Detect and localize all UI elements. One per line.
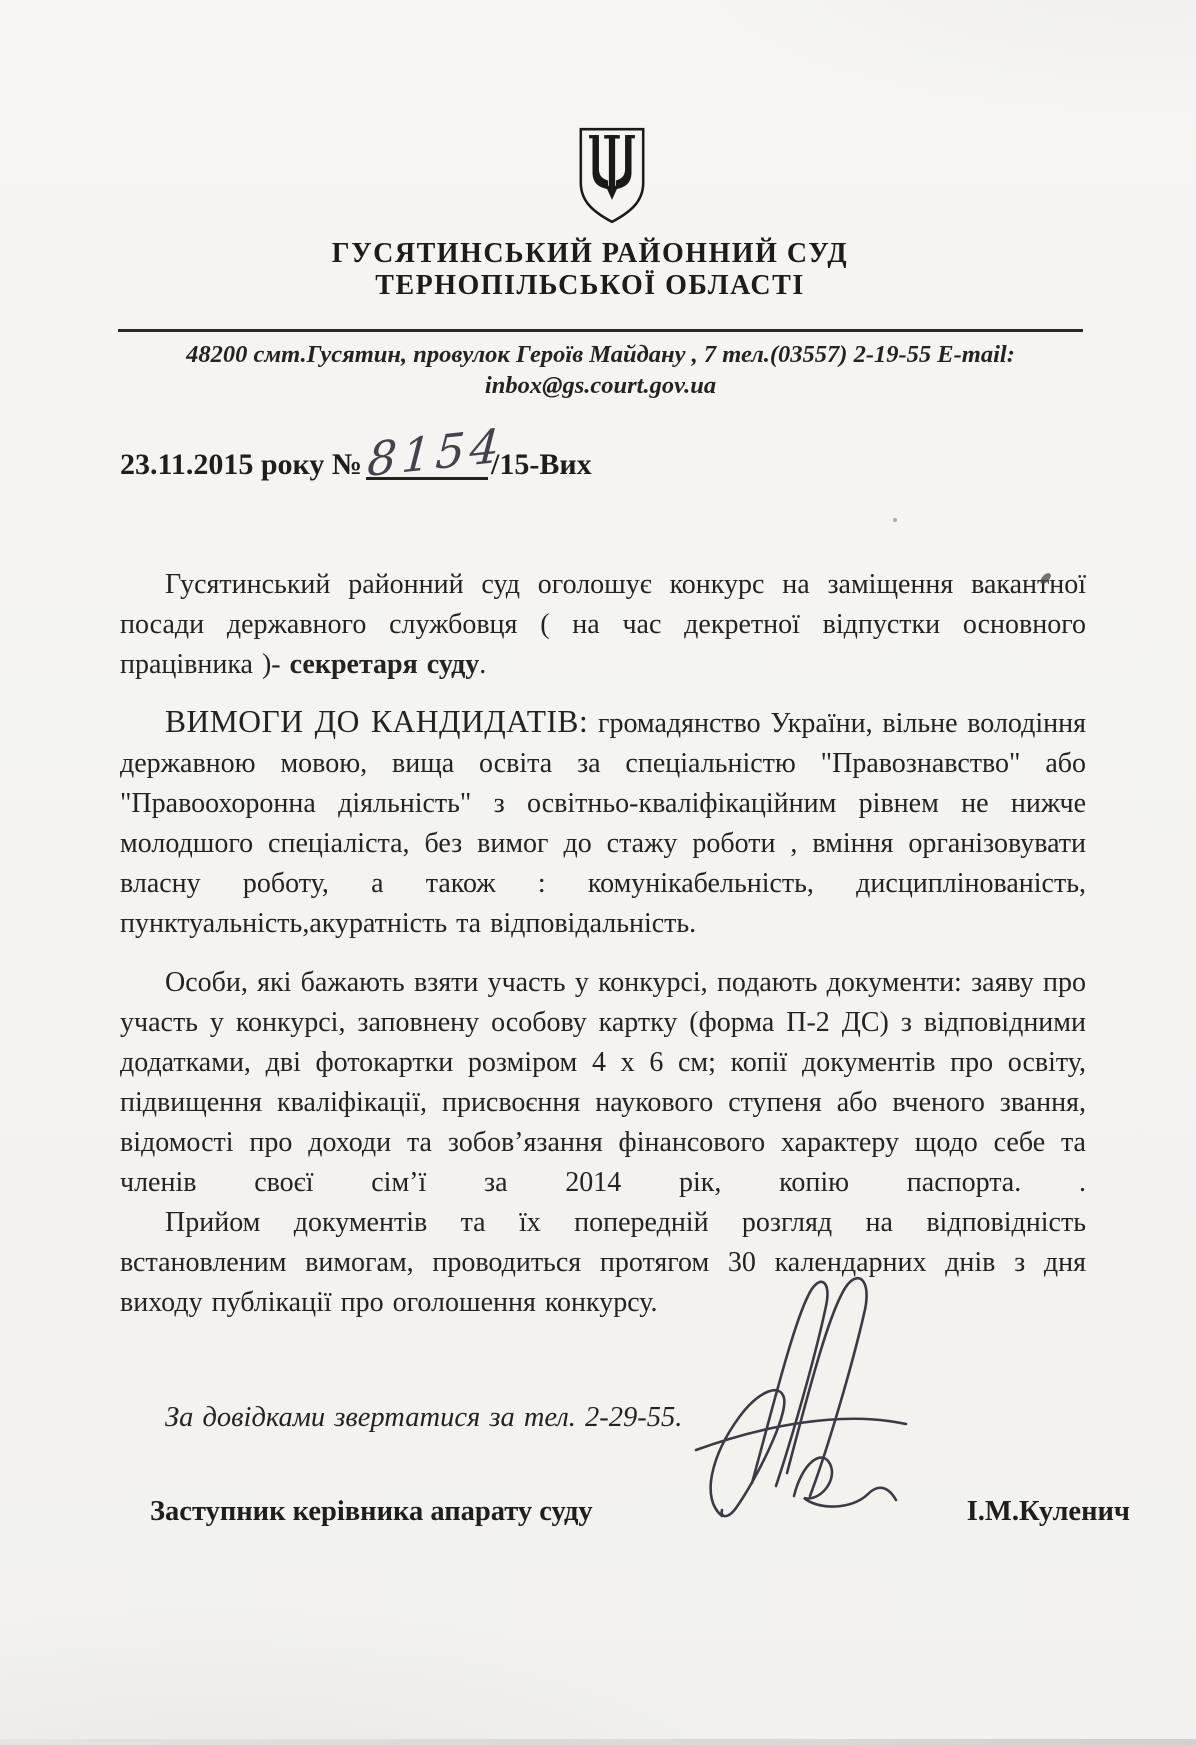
letter-body: Гусятинський районний суд оголошує конку… — [120, 565, 1086, 1438]
paragraph2-text: громадянство України, вільне володіння д… — [120, 708, 1086, 939]
court-name-line2: ТЕРНОПІЛЬСЬКОЇ ОБЛАСТІ — [0, 270, 1188, 302]
reference-number-underline: 8154 — [366, 447, 488, 480]
court-name-line1: ГУСЯТИНСЬКИЙ РАЙОННИЙ СУД — [0, 238, 1188, 270]
scan-dot-artifact — [893, 518, 897, 522]
reference-line: 23.11.2015 року №8154/15-Вих — [120, 447, 1196, 491]
paragraph1-lead: Гусятинський районний суд оголошує конку… — [120, 569, 1086, 680]
signatory-position-title: Заступник керівника апарату суду — [150, 1496, 593, 1528]
reference-suffix: /15-Вих — [491, 448, 592, 481]
handwritten-outgoing-number: 8154 — [366, 422, 506, 483]
paragraph-required-documents: Особи, які бажають взяти участь у конкур… — [120, 963, 1086, 1203]
address-email: inbox@gs.court.gov.ua — [118, 370, 1083, 401]
paragraph1-bold-position: секретаря суду — [290, 649, 480, 680]
address-line: 48200 смт.Гусятин, провулок Героїв Майда… — [118, 339, 1083, 370]
scanner-edge-shadow — [0, 1739, 1196, 1745]
paragraph-vacancy-announcement: Гусятинський районний суд оголошує конку… — [120, 565, 1086, 685]
paragraph-candidate-requirements: ВИМОГИ ДО КАНДИДАТІВ: громадянство Украї… — [120, 702, 1086, 944]
reference-date-prefix: 23.11.2015 року № — [120, 448, 362, 481]
address-block: 48200 смт.Гусятин, провулок Героїв Майда… — [118, 339, 1083, 401]
ukraine-trident-emblem-icon — [573, 126, 651, 226]
handwritten-signature — [692, 1258, 912, 1553]
contact-note: За довідками звертатися за тел. 2-29-55. — [120, 1398, 1086, 1438]
letterhead-divider — [118, 329, 1083, 332]
paragraph2-heading: ВИМОГИ ДО КАНДИДАТІВ: — [165, 704, 588, 739]
paragraph-submission-period: Прийом документів та їх попередній розгл… — [120, 1203, 1086, 1323]
letterhead: ГУСЯТИНСЬКИЙ РАЙОННИЙ СУД ТЕРНОПІЛЬСЬКОЇ… — [0, 0, 1196, 302]
paragraph1-tail: . — [479, 649, 486, 680]
signatory-name: І.М.Куленич — [967, 1496, 1130, 1528]
court-name: ГУСЯТИНСЬКИЙ РАЙОННИЙ СУД ТЕРНОПІЛЬСЬКОЇ… — [0, 238, 1188, 302]
scanned-letter-page: ГУСЯТИНСЬКИЙ РАЙОННИЙ СУД ТЕРНОПІЛЬСЬКОЇ… — [0, 0, 1196, 1745]
signature-row: Заступник керівника апарату суду І.М.Кул… — [120, 1496, 1130, 1528]
